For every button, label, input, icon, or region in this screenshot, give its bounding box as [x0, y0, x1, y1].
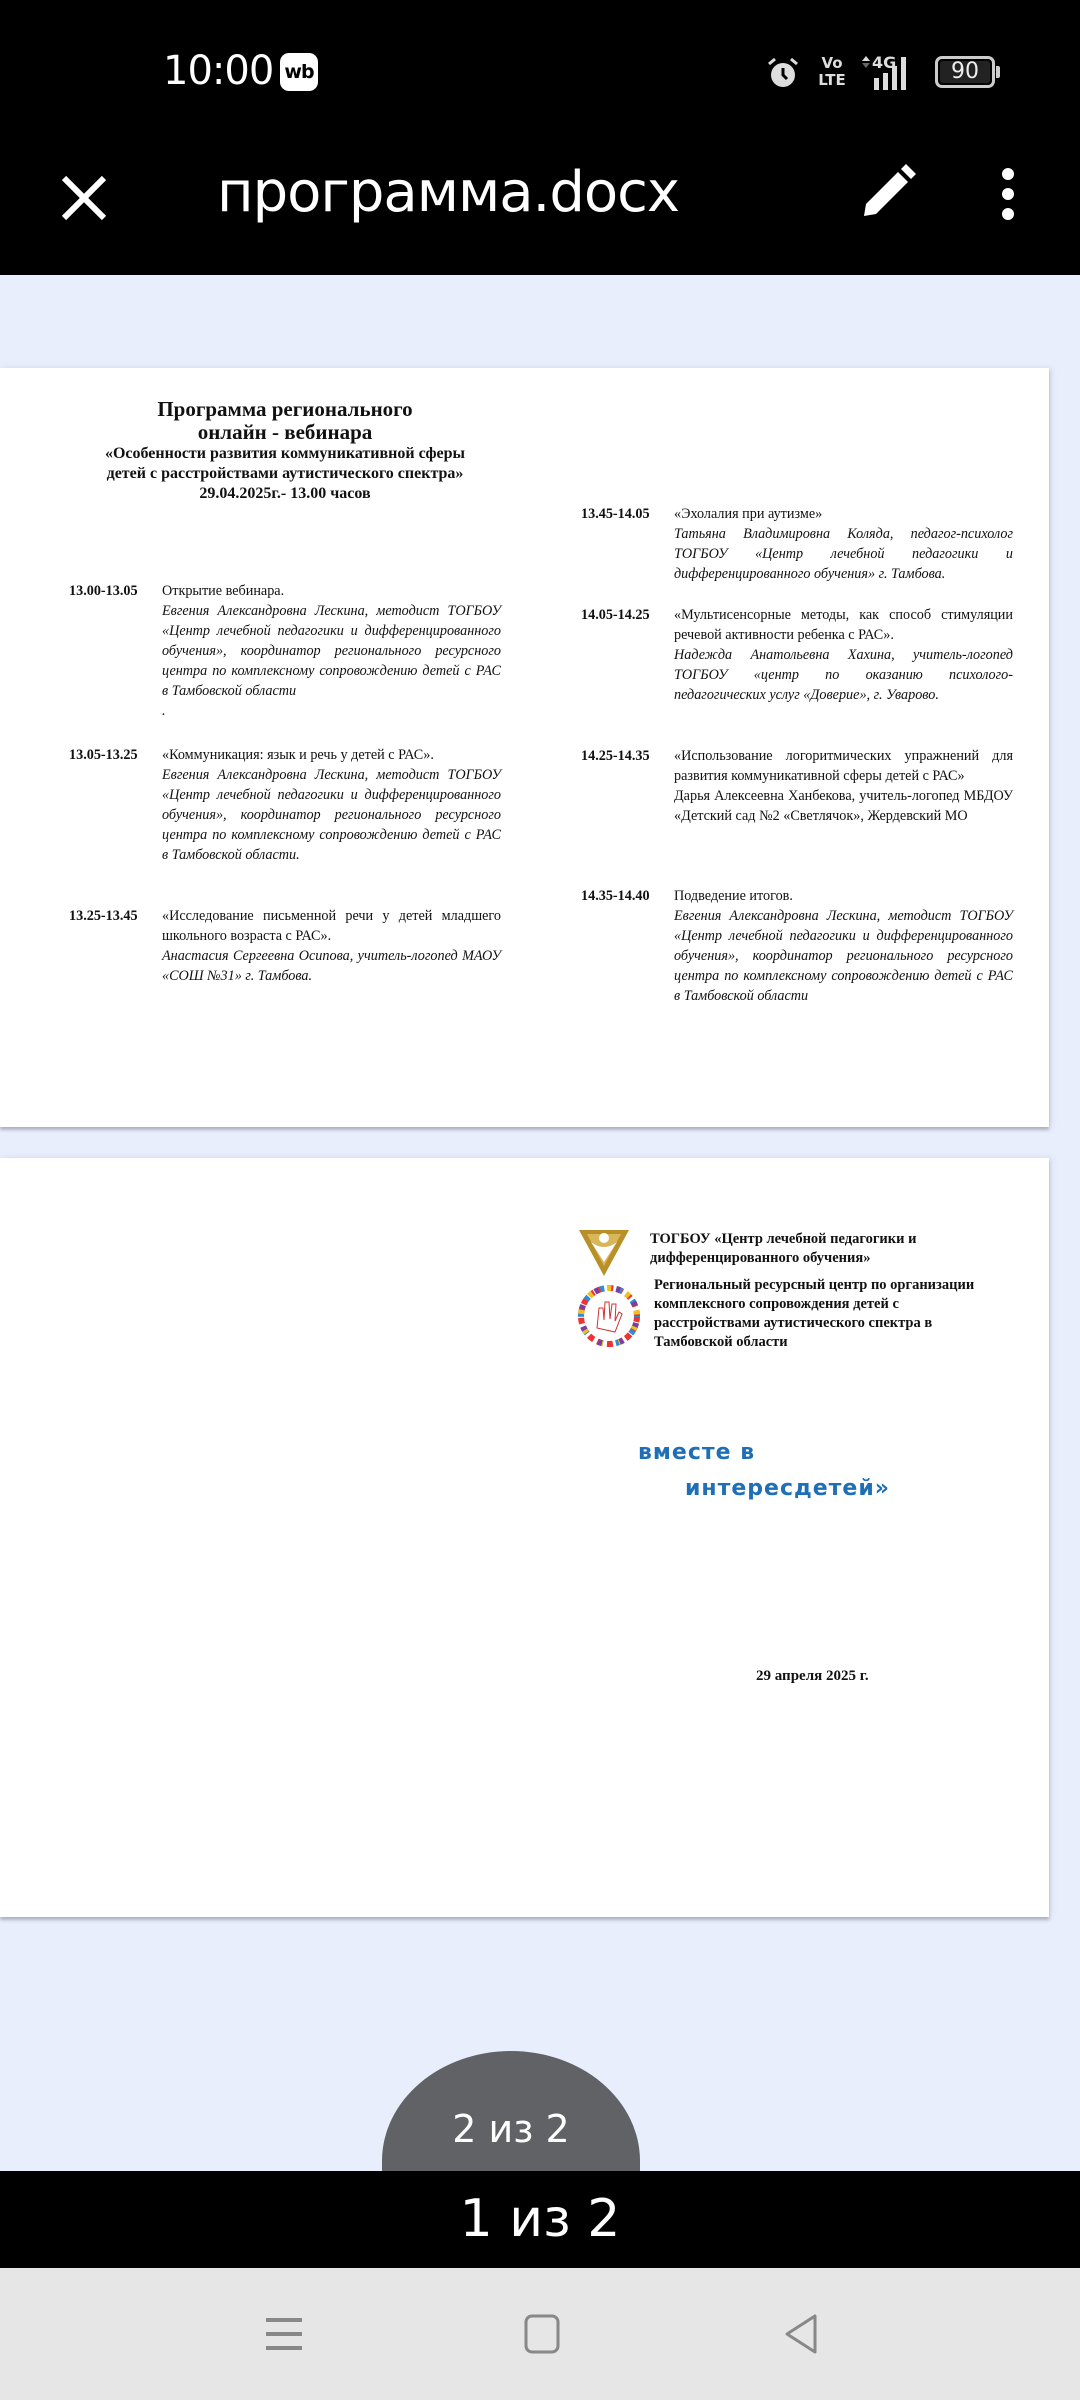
status-time: 10:00 [163, 48, 273, 94]
entry-speaker: Евгения Александровна Лескина, методист … [674, 906, 1013, 1006]
volte-bottom: LTE [818, 71, 846, 89]
entry-topic: «Использование логоритмических упражнени… [674, 746, 1013, 786]
alarm-icon [766, 56, 800, 90]
entry-speaker: Надежда Анатольевна Хахина, учитель-лого… [674, 645, 1013, 705]
menu-icon[interactable] [254, 2304, 314, 2364]
entry-time: 14.25-14.35 [581, 746, 676, 766]
subtitle-line-1: «Особенности развития коммуникативной сф… [60, 444, 510, 464]
battery-icon: 90 [935, 56, 995, 88]
app-bar: программа.docx [0, 140, 1080, 275]
entry-speaker: Дарья Алексеевна Ханбекова, учитель-лого… [674, 786, 1013, 826]
entry-time: 14.05-14.25 [581, 605, 676, 625]
document-title: программа.docx [217, 160, 679, 225]
entry-topic: «Исследование письменной речи у детей мл… [162, 906, 501, 946]
entry-speaker: Евгения Александровна Лескина, методист … [162, 601, 501, 701]
document-page-2[interactable]: ТОГБОУ «Центр лечебной педагогики и дифф… [0, 1158, 1049, 1917]
subtitle-line-2: детей с расстройствами аутистического сп… [60, 464, 510, 484]
title-line-1: Программа регионального [60, 398, 510, 421]
event-date: 29 апреля 2025 г. [756, 1668, 869, 1685]
entry-time: 14.35-14.40 [581, 886, 676, 906]
page-counter: 1 из 2 [0, 2171, 1080, 2268]
battery-level: 90 [940, 61, 990, 83]
entry-topic: Открытие вебинара. [162, 581, 501, 601]
close-icon[interactable] [52, 166, 116, 230]
entry-topic: «Эхолалия при аутизме» [674, 504, 1013, 524]
entry-speaker: Татьяна Владимировна Коляда, педагог-пси… [674, 524, 1013, 584]
entry-topic: «Коммуникация: язык и речь у детей с РАС… [162, 745, 501, 765]
slogan-line-2: интересдетей» [685, 1476, 890, 1501]
volte-icon: Vo LTE [818, 55, 846, 89]
pencil-icon[interactable] [856, 160, 920, 224]
home-icon[interactable] [512, 2304, 572, 2364]
volte-top: Vo [821, 54, 842, 72]
more-vert-icon[interactable] [996, 162, 1020, 226]
entry-trailing: . [162, 701, 501, 721]
system-nav-bar [0, 2268, 1080, 2400]
organization-logos [577, 1228, 647, 1348]
entry-topic: Подведение итогов. [674, 886, 1013, 906]
entry-time: 13.00-13.05 [69, 581, 164, 601]
entry-speaker: Анастасия Сергеевна Осипова, учитель-лог… [162, 946, 501, 986]
back-icon[interactable] [771, 2304, 831, 2364]
battery-tip [996, 66, 1000, 78]
entry-time: 13.25-13.45 [69, 906, 164, 926]
document-page-1[interactable]: Программа регионального онлайн - вебинар… [0, 368, 1049, 1127]
triangle-person-logo [579, 1230, 629, 1276]
entry-topic: «Мультисенсорные методы, как способ стим… [674, 605, 1013, 645]
entry-time: 13.05-13.25 [69, 745, 164, 765]
screen: 10:00 wb Vo LTE 4G 90 [0, 0, 1080, 2400]
entry-speaker: Евгения Александровна Лескина, методист … [162, 765, 501, 865]
title-line-2: онлайн - вебинара [60, 421, 510, 444]
resource-center-name: Региональный ресурсный центр по организа… [654, 1276, 1004, 1352]
entry-time: 13.45-14.05 [581, 504, 676, 524]
program-title: Программа регионального онлайн - вебинар… [60, 398, 510, 504]
puzzle-hand-logo [581, 1288, 637, 1344]
wb-app-icon: wb [280, 53, 318, 91]
status-bar: 10:00 wb Vo LTE 4G 90 [0, 0, 1080, 140]
document-viewer[interactable]: Программа регионального онлайн - вебинар… [0, 275, 1080, 2171]
date-time-line: 29.04.2025г.- 13.00 часов [60, 484, 510, 504]
organization-name: ТОГБОУ «Центр лечебной педагогики и дифф… [650, 1230, 980, 1268]
slogan-line-1: вместе в [638, 1440, 755, 1465]
